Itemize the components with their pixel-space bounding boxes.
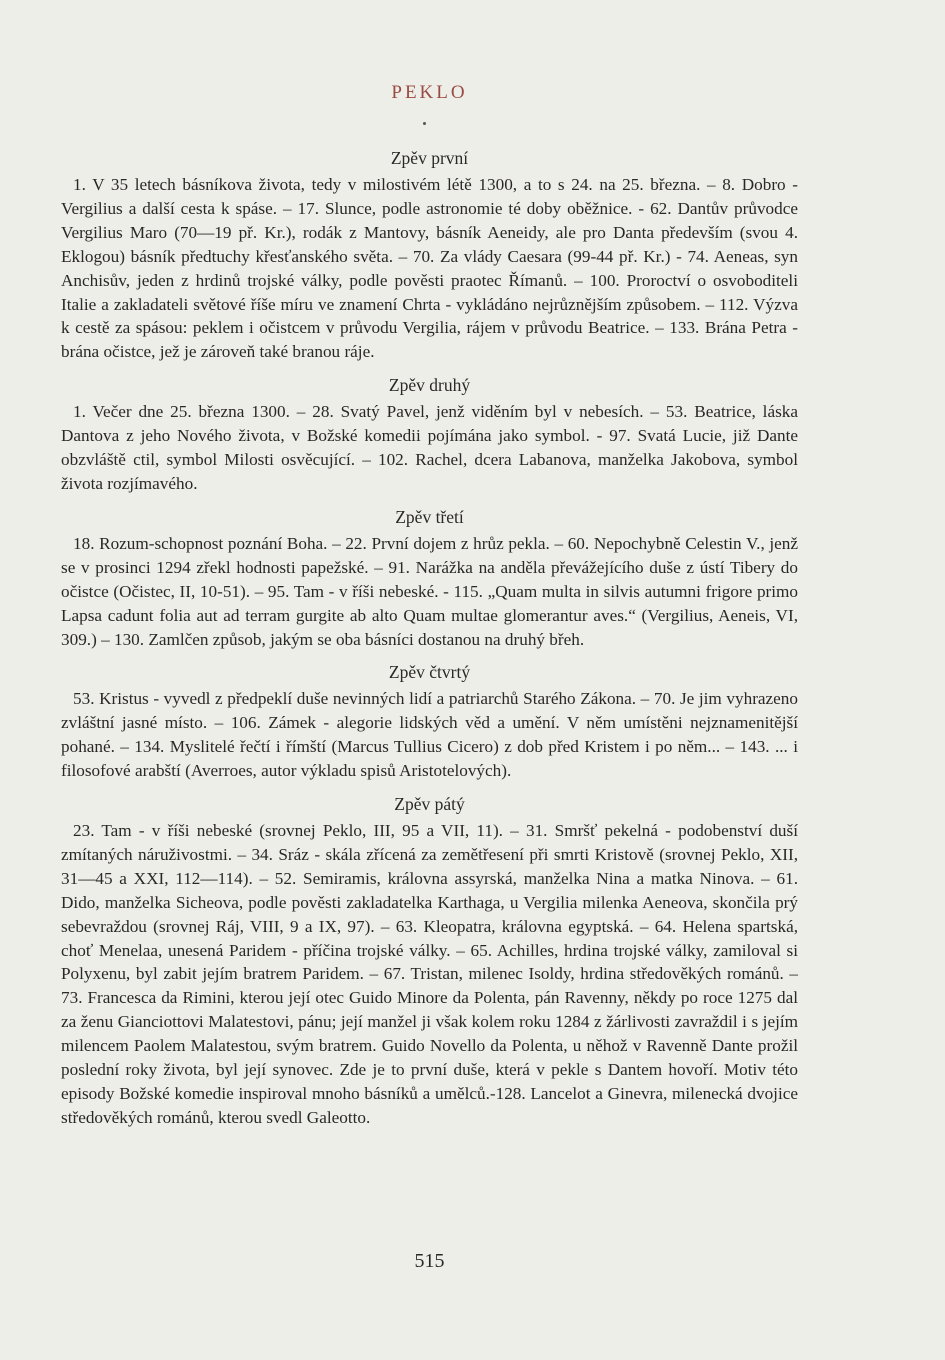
- canto-section-4: Zpěv čtvrtý 53. Kristus - vyvedl z předp…: [61, 660, 798, 783]
- canto-notes: 18. Rozum-schopnost poznání Boha. – 22. …: [61, 532, 798, 652]
- canto-heading: Zpěv pátý: [61, 792, 798, 816]
- canto-notes: 1. Večer dne 25. března 1300. – 28. Svat…: [61, 400, 798, 496]
- canto-section-5: Zpěv pátý 23. Tam - v říši nebeské (srov…: [61, 792, 798, 1130]
- canto-section-2: Zpěv druhý 1. Večer dne 25. března 1300.…: [61, 373, 798, 496]
- page-number: 515: [61, 1250, 798, 1273]
- canto-notes: 1. V 35 letech básníkova života, tedy v …: [61, 173, 798, 364]
- canto-section-1: Zpěv první 1. V 35 letech básníkova živo…: [61, 146, 798, 364]
- canto-heading: Zpěv druhý: [61, 373, 798, 397]
- canto-section-3: Zpěv třetí 18. Rozum-schopnost poznání B…: [61, 505, 798, 652]
- canto-notes: 53. Kristus - vyvedl z předpeklí duše ne…: [61, 687, 798, 783]
- running-title: PEKLO: [61, 82, 798, 104]
- canto-heading: Zpěv první: [61, 146, 798, 170]
- ornament-dot: [423, 122, 426, 125]
- canto-notes: 23. Tam - v říši nebeské (srovnej Peklo,…: [61, 819, 798, 1130]
- commentary-notes: Zpěv první 1. V 35 letech básníkova živo…: [61, 146, 798, 1139]
- canto-heading: Zpěv čtvrtý: [61, 660, 798, 684]
- canto-heading: Zpěv třetí: [61, 505, 798, 529]
